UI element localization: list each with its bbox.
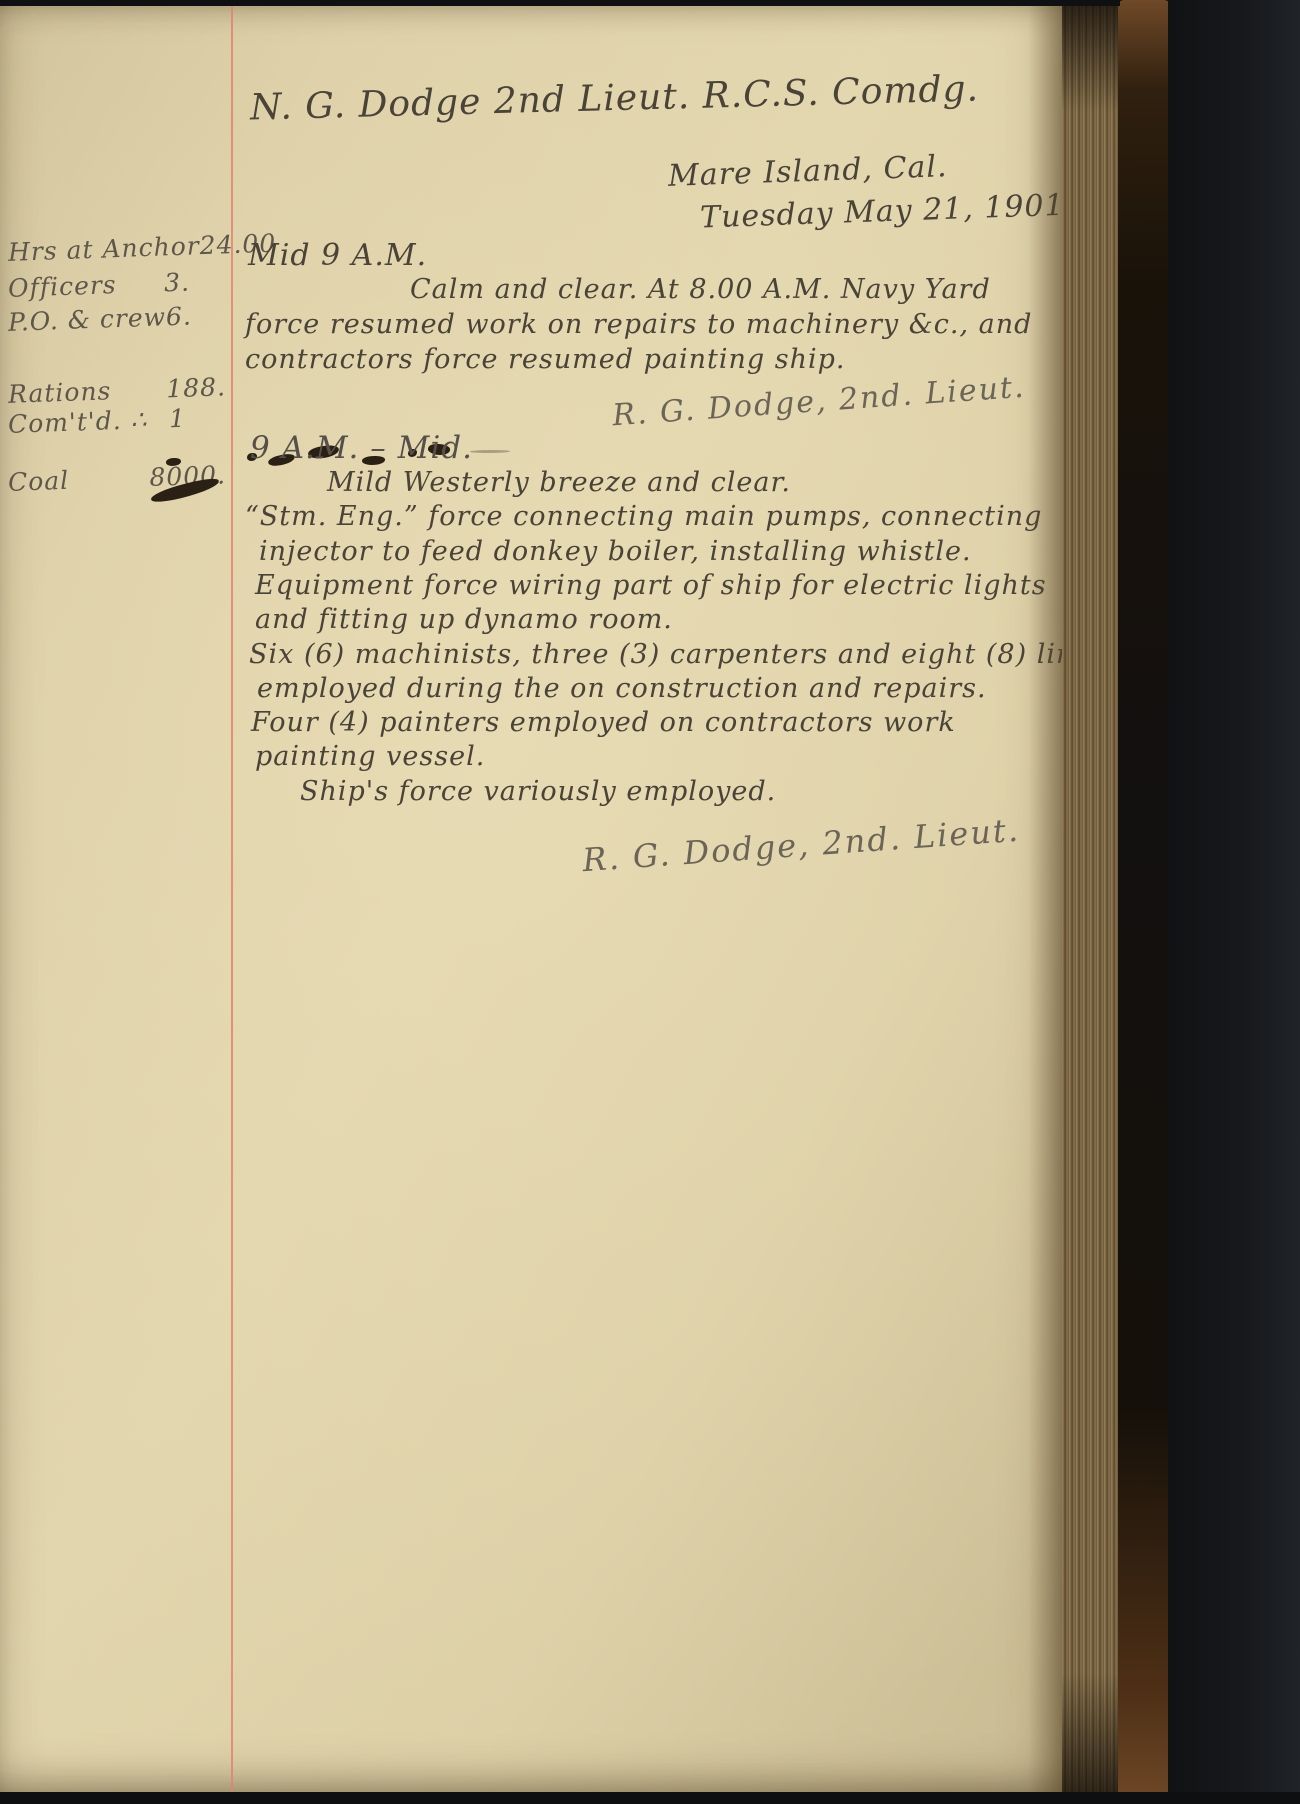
entry2-line: Six (6) machinists, three (3) carpenters… bbox=[245, 639, 1064, 674]
entry1-line: contractors force resumed painting ship. bbox=[245, 344, 1060, 379]
entry2-line: Ship's force variously employed. bbox=[245, 776, 1115, 811]
entry2-line: employed during the on construction and … bbox=[245, 673, 1072, 708]
page-curvature-shadow bbox=[1028, 6, 1062, 1792]
photo-edge-bottom bbox=[0, 1792, 1300, 1804]
margin-label: Coal bbox=[8, 466, 70, 497]
margin-label: Com't'd. ∴ bbox=[8, 405, 148, 439]
entry1-heading: Mid 9 A.M. bbox=[248, 238, 427, 273]
margin-rule-line bbox=[231, 6, 233, 1792]
logbook-scan: N. G. Dodge 2nd Lieut. R.C.S. Comdg. Mar… bbox=[0, 0, 1300, 1804]
entry2-line: and fitting up dynamo room. bbox=[245, 604, 1070, 639]
entry1-line: force resumed work on repairs to machine… bbox=[245, 309, 1060, 344]
margin-value: 3. bbox=[164, 266, 231, 297]
pencil-dash bbox=[470, 450, 510, 453]
entry2-line: painting vessel. bbox=[245, 741, 1070, 776]
entry2-line: Mild Westerly breeze and clear. bbox=[245, 467, 1142, 502]
photo-edge-top bbox=[0, 0, 1120, 6]
margin-label: P.O. & crew bbox=[8, 302, 167, 336]
margin-row-hours-at-anchor: Hrs at Anchor 24.00 bbox=[8, 230, 231, 267]
margin-label: Officers bbox=[8, 270, 118, 303]
margin-row-po-and-crew: P.O. & crew 6. bbox=[8, 300, 231, 337]
entry2-line: “Stm. Eng.” force connecting main pumps,… bbox=[245, 501, 1060, 536]
entry2-line: injector to feed donkey boiler, installi… bbox=[245, 536, 1074, 571]
margin-row-officers: Officers 3. bbox=[8, 266, 231, 303]
logbook-page: N. G. Dodge 2nd Lieut. R.C.S. Comdg. Mar… bbox=[0, 6, 1062, 1792]
officer-header: N. G. Dodge 2nd Lieut. R.C.S. Comdg. bbox=[250, 68, 980, 128]
entry1-signature: R. G. Dodge, 2nd. Lieut. bbox=[611, 370, 1026, 434]
stacked-page-edges bbox=[1062, 4, 1120, 1798]
entry2-line: Equipment force wiring part of ship for … bbox=[245, 570, 1070, 605]
margin-value: 1 bbox=[169, 402, 231, 433]
leather-book-cover-edge bbox=[1118, 0, 1170, 1804]
margin-value: 188. bbox=[166, 372, 231, 403]
entry2-signature: R. G. Dodge, 2nd. Lieut. bbox=[581, 811, 1021, 879]
margin-label: Hrs at Anchor bbox=[8, 231, 201, 267]
margin-label: Rations bbox=[8, 376, 112, 409]
entry2-heading: 9 A.M. – Mid. bbox=[250, 430, 473, 466]
margin-value: 6. bbox=[165, 300, 232, 331]
entry2-line: Four (4) painters employed on contractor… bbox=[245, 707, 1066, 742]
date-line: Tuesday May 21, 1901. bbox=[700, 187, 1076, 235]
dark-backdrop bbox=[1168, 0, 1300, 1804]
place-line: Mare Island, Cal. bbox=[667, 149, 948, 194]
